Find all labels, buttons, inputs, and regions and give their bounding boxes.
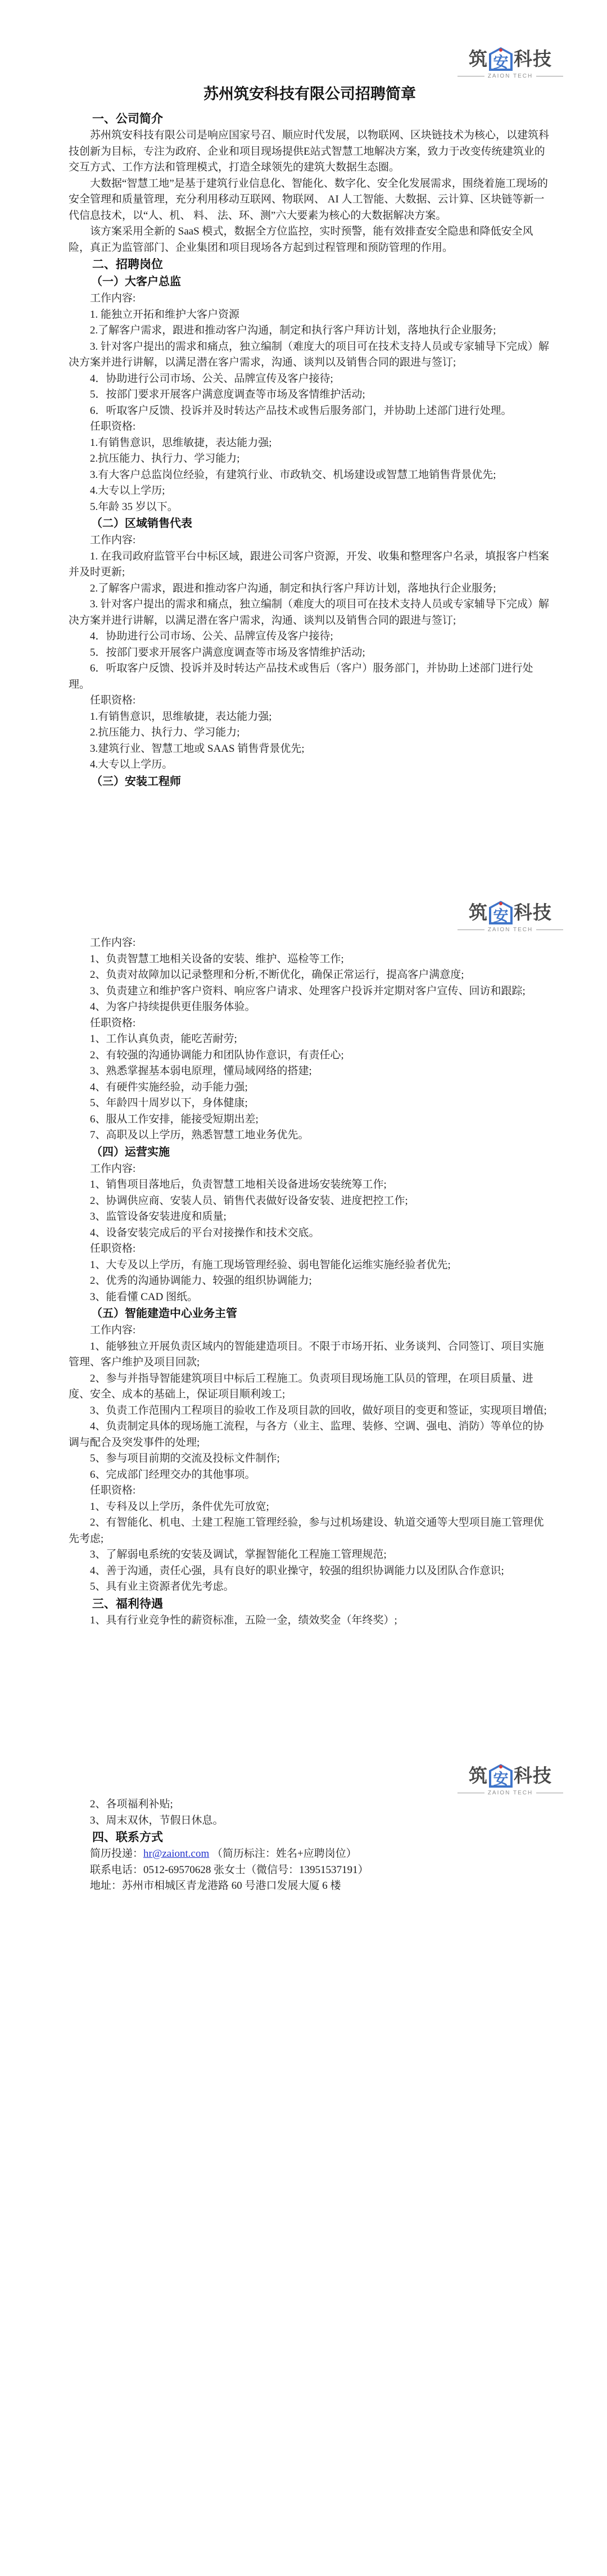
logo-wordmark: 筑 安 科技: [457, 47, 563, 71]
paragraph: 2、参与并指导智能建筑项目中标后工程施工。负责项目现场施工队员的管理，在项目质量…: [69, 1371, 551, 1403]
logo-wordmark: 筑 安 科技: [457, 1764, 563, 1788]
logo-text-keji: 科技: [514, 901, 552, 924]
paragraph: 3、周末双休，节假日休息。: [69, 1813, 551, 1829]
field-label: 任职资格:: [69, 419, 551, 435]
paragraph: 大数据“智慧工地”是基于建筑行业信息化、智能化、数字化、安全化发展需求，围绕着施…: [69, 176, 551, 224]
paragraph: 4．协助进行公司市场、公关、品牌宣传及客户接待;: [69, 371, 551, 387]
logo-red-dot-icon: [499, 1765, 502, 1769]
position-heading: （一）大客户总监: [69, 273, 551, 291]
company-logo: 筑 安 科技 ZAION TECH: [457, 901, 563, 933]
paragraph: 2.了解客户需求，跟进和推动客户沟通，制定和执行客户拜访计划，落地执行企业服务;: [69, 581, 551, 597]
paragraph: 3、能看懂 CAD 图纸。: [69, 1289, 551, 1306]
paragraph: 4.大专以上学历;: [69, 483, 551, 499]
paragraph: 1.有销售意识，思维敏捷，表达能力强;: [69, 435, 551, 452]
paragraph: 5、年龄四十周岁以下，身体健康;: [69, 1095, 551, 1112]
paragraph: 3.有大客户总监岗位经验，有建筑行业、市政轨交、机场建设或智慧工地销售背景优先;: [69, 467, 551, 484]
field-label: 工作内容:: [69, 1323, 551, 1339]
paragraph: 4、有硬件实施经验，动手能力强;: [69, 1080, 551, 1096]
paragraph: 2.抗压能力、执行力、学习能力;: [69, 725, 551, 741]
paragraph: 苏州筑安科技有限公司是响应国家号召、顺应时代发展，以物联网、区块链技术为核心，以…: [69, 128, 551, 176]
section-heading: 二、招聘岗位: [69, 256, 551, 273]
paragraph: 1、具有行业竞争性的薪资标准，五险一金，绩效奖金（年终奖）;: [69, 1613, 551, 1629]
paragraph: 6、完成部门经理交办的其他事项。: [69, 1467, 551, 1483]
logo-text-keji: 科技: [514, 47, 552, 71]
contact-email-label: 简历投递：: [90, 1848, 143, 1860]
paragraph: 6、服从工作安排，能接受短期出差;: [69, 1112, 551, 1128]
paragraph: 2、各项福利补贴;: [69, 1797, 551, 1813]
paragraph: 1、大专及以上学历，有施工现场管理经验、弱电智能化运维实施经验者优先;: [69, 1257, 551, 1274]
paragraph: 4、为客户持续提供更佳服务体验。: [69, 999, 551, 1016]
position-heading: （三）安装工程师: [69, 773, 551, 791]
paragraph: 1、专科及以上学历，条件优先可放宽;: [69, 1499, 551, 1515]
paragraph: 5．按部门要求开展客户满意度调查等市场及客情维护活动;: [69, 645, 551, 661]
position-heading: （五）智能建造中心业务主管: [69, 1305, 551, 1323]
contact-email-note: （简历标注：姓名+应聘岗位）: [209, 1848, 356, 1860]
field-label: 工作内容:: [69, 1161, 551, 1178]
paragraph: 2、负责对故障加以记录整理和分析,不断优化，确保正常运行，提高客户满意度;: [69, 967, 551, 984]
section-heading: 一、公司简介: [69, 110, 551, 128]
paragraph: 2、有智能化、机电、土建工程施工管理经验，参与过机场建设、轨道交通等大型项目施工…: [69, 1515, 551, 1547]
field-label: 工作内容:: [69, 533, 551, 549]
tagline-line-left: [457, 930, 484, 930]
field-label: 工作内容:: [69, 291, 551, 307]
paragraph: 2.了解客户需求，跟进和推动客户沟通，制定和执行客户拜访计划，落地执行企业服务;: [69, 323, 551, 339]
section-heading: 三、福利待遇: [69, 1595, 551, 1613]
section-heading: 四、联系方式: [69, 1829, 551, 1846]
paragraph: 5、具有业主资源者优先考虑。: [69, 1579, 551, 1595]
tagline-text: ZAION TECH: [488, 73, 533, 79]
field-label: 工作内容:: [69, 935, 551, 951]
paragraph: 1、工作认真负责，能吃苦耐劳;: [69, 1031, 551, 1048]
tagline-line-right: [536, 930, 563, 930]
logo-text-an: 安: [489, 904, 513, 924]
tagline-line-right: [536, 76, 563, 76]
tagline-text: ZAION TECH: [488, 927, 533, 933]
paragraph: 4、设备安装完成后的平台对接操作和技术交底。: [69, 1225, 551, 1242]
paragraph: 该方案采用全新的 SaaS 模式，数据全方位监控，实时预警，能有效排查安全隐患和…: [69, 224, 551, 256]
logo-text-zhu: 筑: [469, 47, 488, 71]
document-page-1: 筑 安 科技 ZAION TECH 苏州筑安科技有限公司招聘简章一、公司简介苏州…: [0, 0, 607, 860]
paragraph: 4、负责制定具体的现场施工流程，与各方（业主、监理、装修、空调、强电、消防）等单…: [69, 1419, 551, 1451]
paragraph: 4、善于沟通，责任心强，具有良好的职业操守，较强的组织协调能力以及团队合作意识;: [69, 1563, 551, 1580]
logo-tagline: ZAION TECH: [457, 927, 563, 933]
document-title: 苏州筑安科技有限公司招聘简章: [69, 82, 551, 106]
logo-red-dot-icon: [499, 48, 502, 52]
logo-wordmark: 筑 安 科技: [457, 901, 563, 924]
paragraph: 3、负责建立和维护客户资料、响应客户请求、处理客户投诉并定期对客户宣传、回访和跟…: [69, 984, 551, 1000]
position-heading: （四）运营实施: [69, 1144, 551, 1161]
paragraph: 1.有销售意识，思维敏捷，表达能力强;: [69, 709, 551, 725]
paragraph: 2.抗压能力、执行力、学习能力;: [69, 451, 551, 467]
paragraph: 3、了解弱电系统的安装及调试，掌握智能化工程施工管理规范;: [69, 1547, 551, 1563]
paragraph: 联系电话：0512-69570628 张女士（微信号：13951537191）: [69, 1862, 551, 1879]
paragraph: 1、能够独立开展负责区域内的智能建造项目。不限于市场开拓、业务谈判、合同签订、项…: [69, 1339, 551, 1371]
paragraph: 地址：苏州市相城区青龙港路 60 号港口发展大厦 6 楼: [69, 1878, 551, 1894]
page-3-content: 2、各项福利补贴;3、周末双休，节假日休息。四、联系方式简历投递：hr@zaio…: [0, 1724, 607, 1894]
field-label: 任职资格:: [69, 1016, 551, 1032]
contact-email-line: 简历投递：hr@zaiont.com （简历标注：姓名+应聘岗位）: [69, 1846, 551, 1862]
company-logo: 筑 安 科技 ZAION TECH: [457, 47, 563, 79]
page-1-content: 苏州筑安科技有限公司招聘简章一、公司简介苏州筑安科技有限公司是响应国家号召、顺应…: [0, 0, 607, 791]
tagline-line-left: [457, 76, 484, 76]
paragraph: 5.年龄 35 岁以下。: [69, 499, 551, 516]
paragraph: 7、高职及以上学历，熟悉智慧工地业务优先。: [69, 1127, 551, 1144]
paragraph: 1. 能独立开拓和维护大客户资源: [69, 307, 551, 323]
logo-text-zhu: 筑: [469, 1764, 488, 1788]
email-link[interactable]: hr@zaiont.com: [143, 1848, 209, 1860]
paragraph: 5．按部门要求开展客户满意度调查等市场及客情维护活动;: [69, 387, 551, 403]
logo-text-an: 安: [489, 51, 513, 71]
field-label: 任职资格:: [69, 1483, 551, 1499]
recruitment-document: 筑 安 科技 ZAION TECH 苏州筑安科技有限公司招聘简章一、公司简介苏州…: [0, 0, 607, 2576]
paragraph: 3、负责工作范围内工程项目的验收工作及项目款的回收，做好项目的变更和签证，实现项…: [69, 1403, 551, 1419]
paragraph: 2、优秀的沟通协调能力、较强的组织协调能力;: [69, 1273, 551, 1289]
page-2-content: 工作内容:1、负责智慧工地相关设备的安装、维护、巡检等工作;2、负责对故障加以记…: [0, 860, 607, 1628]
position-heading: （二）区域销售代表: [69, 515, 551, 533]
logo-house-icon: 安: [489, 47, 513, 71]
paragraph: 2、协调供应商、安装人员、销售代表做好设备安装、进度把控工作;: [69, 1193, 551, 1210]
paragraph: 1、负责智慧工地相关设备的安装、维护、巡检等工作;: [69, 951, 551, 968]
logo-text-an: 安: [489, 1767, 513, 1788]
logo-tagline: ZAION TECH: [457, 1790, 563, 1796]
paragraph: 5、参与项目前期的交流及投标文件制作;: [69, 1451, 551, 1467]
paragraph: 3、监管设备安装进度和质量;: [69, 1209, 551, 1225]
company-logo: 筑 安 科技 ZAION TECH: [457, 1764, 563, 1796]
paragraph: 2、有较强的沟通协调能力和团队协作意识，有责任心;: [69, 1048, 551, 1064]
logo-text-keji: 科技: [514, 1764, 552, 1788]
paragraph: 3. 针对客户提出的需求和痛点，独立编制（难度大的项目可在技术支持人员或专家辅导…: [69, 597, 551, 629]
tagline-line-left: [457, 1793, 484, 1793]
field-label: 任职资格:: [69, 1241, 551, 1257]
paragraph: 1. 在我司政府监管平台中标区域，跟进公司客户资源，开发、收集和整理客户名录，填…: [69, 549, 551, 581]
paragraph: 3. 针对客户提出的需求和痛点，独立编制（难度大的项目可在技术支持人员或专家辅导…: [69, 339, 551, 371]
field-label: 任职资格:: [69, 693, 551, 709]
document-page-3: 筑 安 科技 ZAION TECH 2、各项福利补贴;3、周末双休，节假日休息。…: [0, 1724, 607, 2576]
logo-tagline: ZAION TECH: [457, 73, 563, 79]
paragraph: 6．听取客户反馈、投诉并及时转达产品技术或售后（客户）服务部门，并协助上述部门进…: [69, 661, 551, 693]
paragraph: 3.建筑行业、智慧工地或 SAAS 销售背景优先;: [69, 741, 551, 757]
logo-house-icon: 安: [489, 1764, 513, 1788]
paragraph: 6．听取客户反馈、投诉并及时转达产品技术或售后服务部门，并协助上述部门进行处理。: [69, 403, 551, 419]
logo-house-icon: 安: [489, 901, 513, 924]
paragraph: 4.大专以上学历。: [69, 757, 551, 773]
tagline-line-right: [536, 1793, 563, 1793]
logo-red-dot-icon: [499, 902, 502, 905]
tagline-text: ZAION TECH: [488, 1790, 533, 1796]
logo-text-zhu: 筑: [469, 901, 488, 924]
paragraph: 3、熟悉掌握基本弱电原理，懂局域网络的搭建;: [69, 1063, 551, 1080]
paragraph: 4．协助进行公司市场、公关、品牌宣传及客户接待;: [69, 629, 551, 645]
paragraph: 1、销售项目落地后，负责智慧工地相关设备进场安装统筹工作;: [69, 1177, 551, 1193]
document-page-2: 筑 安 科技 ZAION TECH 工作内容:1、负责智慧工地相关设备的安装、维…: [0, 860, 607, 1724]
